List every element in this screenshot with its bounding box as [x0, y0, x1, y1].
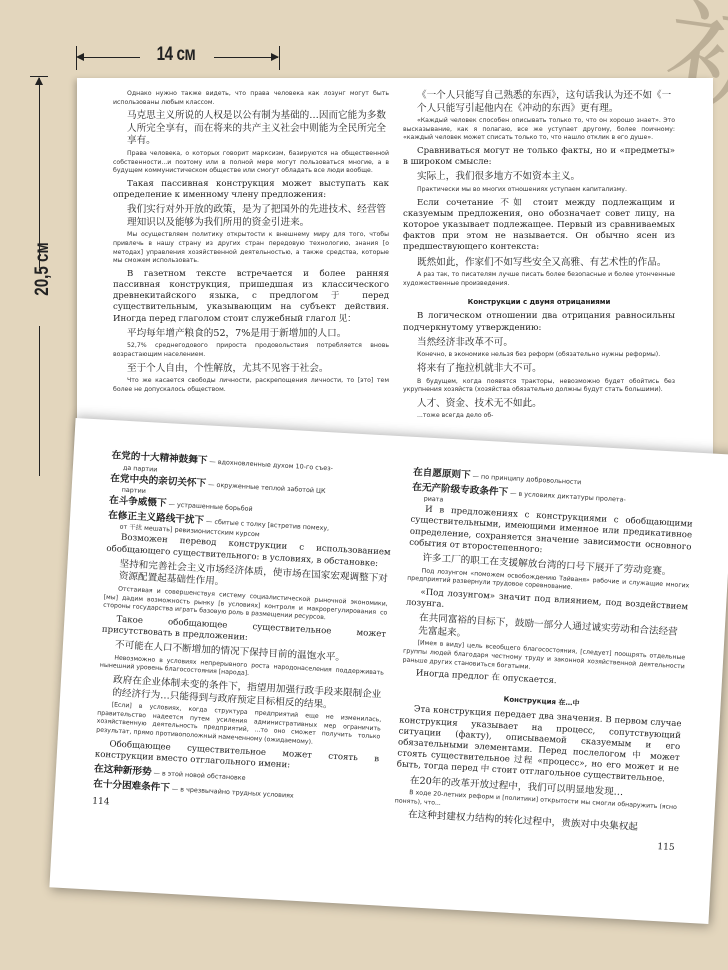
body-paragraph: Сравниваться могут не только факты, но и… [403, 146, 675, 168]
translation-text: Что же касается свободы личности, раскре… [113, 377, 389, 394]
chinese-example: 人才、资金、技术无不如此。 [403, 398, 675, 411]
dimension-line [39, 78, 40, 268]
chinese-example: 《一个人只能写自己熟悉的东西》，这句话我认为还不如《一个人只能写引起他内在《冲动… [403, 90, 675, 115]
arrow-right-icon [271, 53, 279, 61]
page-right-back: 《一个人只能写自己熟悉的东西》，这句话我认为还不如《一个人只能写引起他内在《冲动… [395, 78, 713, 468]
page-body: И в предложениях с конструкциями с обобщ… [394, 504, 693, 837]
chinese-example: 马克思主义所说的人权是以公有制为基础的…因而它能为多数人所完全享有，而在将来的共… [113, 110, 389, 148]
translation-text: Мы осуществляем политику открытости к вн… [113, 231, 389, 265]
term-translation: — по принципу добровольности [472, 472, 581, 486]
translation-text: «Каждый человек способен описывать тольк… [403, 117, 675, 143]
body-paragraph: Эта конструкция передает два значения. В… [396, 704, 681, 787]
term-translation: — в этой новой обстановке [153, 769, 245, 782]
dimension-line [214, 57, 278, 58]
section-heading: Конструкции с двумя отрицаниями [403, 298, 675, 306]
term-translation: — устрашенные борьбой [168, 500, 253, 513]
body-paragraph: Такая пассивная конструкция может выступ… [113, 179, 389, 201]
chinese-example: 平均每年增产粮食的52，7%是用于新增加的人口。 [113, 328, 389, 341]
width-label: 14 см [152, 44, 200, 66]
body-paragraph: Если сочетание 不如 стоит между подлежащим… [403, 198, 675, 254]
term-chinese: 在十分困难条件下 [93, 778, 170, 793]
page-body: Возможен перевод конструкции с использов… [95, 532, 391, 776]
page-left-back: Однако нужно также видеть, что права чел… [77, 78, 395, 468]
term-chinese: 在斗争威慑下 [109, 495, 167, 509]
height-dimension-marker: 20,5 см [30, 76, 54, 476]
translation-text: Однако нужно также видеть, что права чел… [113, 90, 389, 107]
term-translation: — в чрезвычайно трудных условиях [172, 784, 294, 799]
chinese-example: 既然如此，作家们不如写些安全又高雅、有艺术性的作品。 [403, 257, 675, 270]
dimension-tick [279, 46, 280, 70]
chinese-example: 将来有了拖拉机就非大不可。 [403, 363, 675, 376]
chinese-example: 实际上，我们很多地方不如资本主义。 [403, 171, 675, 184]
translation-text: 52,7% среднегодового прироста продовольс… [113, 342, 389, 359]
term-list: 在党的十大精神鼓舞下 — вдохновленные духом 10-го с… [107, 450, 395, 546]
translation-text: Практически мы во многих отношениях усту… [403, 186, 675, 195]
body-paragraph: В газетном тексте встречается и более ра… [113, 269, 389, 325]
page-114: 在党的十大精神鼓舞下 — вдохновленные духом 10-го с… [49, 418, 405, 906]
page-115: 在自愿原则下 — по принципу добровольности在无产阶级… [379, 436, 728, 924]
chinese-example: 当然经济非改革不可。 [403, 337, 675, 350]
height-label: 20,5 см [32, 241, 54, 297]
translation-text: Права человека, о которых говорит маркси… [113, 150, 389, 176]
chinese-example: 至于个人自由，个性解放，尤其不见容于社会。 [113, 363, 389, 376]
width-dimension-marker: 14 см [76, 46, 280, 70]
book-spread-back: Однако нужно также видеть, что права чел… [77, 78, 713, 468]
translation-text: Конечно, в экономике нельзя без реформ (… [403, 351, 675, 360]
dimension-line [39, 326, 40, 476]
translation-text: ...тоже всегда дело об- [403, 412, 675, 421]
translation-text: В будущем, когда появятся тракторы, нево… [403, 378, 675, 395]
term-chinese: 在自愿原则下 [413, 467, 471, 481]
dimension-line [78, 57, 140, 58]
translation-text: А раз так, то писателям лучше писать бол… [403, 271, 675, 288]
chinese-example: 我们实行对外开放的政策，是为了把国外的先进技术、经营管理知识以及能够为我们所用的… [113, 204, 389, 229]
book-spread-front: 在党的十大精神鼓舞下 — вдохновленные духом 10-го с… [49, 418, 728, 924]
body-paragraph: В логическом отношении два отрицания рав… [403, 311, 675, 333]
term-chinese: 在这种新形势 [94, 763, 152, 777]
